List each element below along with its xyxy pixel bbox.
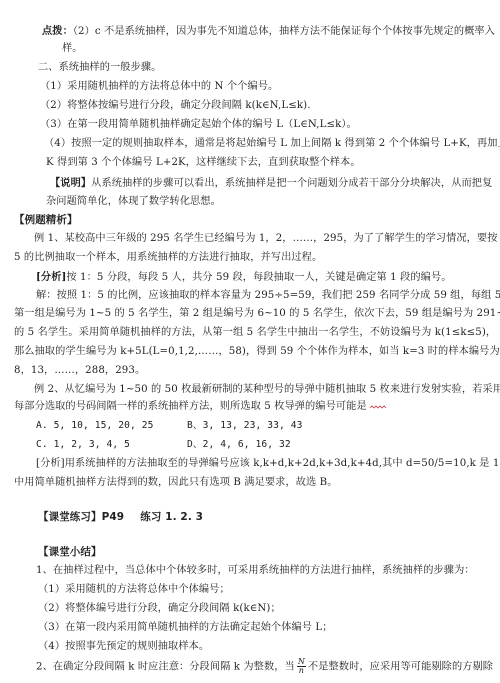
summary-header: 【课堂小结】: [38, 545, 102, 559]
ex1-solution-2: 第一组是编号为 1~5 的 5 名学生，第 2 组是编号为 6~10 的 5 名…: [14, 307, 500, 321]
practice-label: 【课堂练习】: [38, 511, 102, 523]
option-d: D、2, 4, 6, 16, 32: [187, 438, 291, 452]
note-label: 【说明】: [50, 177, 91, 189]
examples-header: 【例题精析】: [14, 213, 78, 227]
ex2-line-1: 例 2、从忆编号为 1~50 的 50 枚最新研制的某种型号的导弹中随机抽取 5…: [34, 383, 500, 397]
ex2-line-2: 每部分选取的号码间隔一样的系统抽样方法，则所选取 5 枚导弹的编号可能是: [14, 400, 367, 414]
step-4-line-2: K 得到第 3 个个体编号 L+2K，这样继续下去，直到获取整个样本。: [46, 156, 361, 170]
tip-label: 点拨：: [42, 25, 73, 37]
ex1-line-1: 例 1、某校高中三年级的 295 名学生已经编号为 1，2，……，295，为了了…: [34, 232, 500, 246]
option-a: A. 5, 10, 15, 20, 25: [36, 419, 154, 433]
note-line-2: 杂问题简单化，体现了数学转化思想。: [46, 195, 221, 209]
step-1: （1）采用随机抽样的方法将总体中的 N 个个编号。: [40, 80, 278, 94]
ex2-analysis-2: 中用简单随机抽样方法得到的数，因此只有选项 B 满足要求，故选 B。: [14, 476, 338, 490]
ex1-solution-1: 解：按照 1：5 的比例，应该抽取的样本容量为 295÷5=59，我们把 259…: [36, 289, 500, 303]
analysis-label: [分析]: [36, 271, 66, 283]
summary-step-4: （4）按照事先预定的规则抽取样本。: [38, 640, 209, 654]
spellcheck-squiggle-icon: [370, 405, 386, 409]
step-3: （3）在第一段用简单随机抽样确定起始个体的编号 L（L∈N,L≤k）。: [40, 118, 357, 132]
tip-line-1: 点拨：（2）c 不是系统抽样，因为事先不知道总体，抽样方法不能保证每个个体按事先…: [42, 24, 495, 39]
option-c: C. 1, 2, 3, 4, 5: [36, 438, 130, 452]
option-b: B、3, 13, 23, 33, 43: [187, 419, 302, 433]
fraction-n-over-n: Nn: [297, 658, 306, 675]
practice-exercise: 练习 1. 2. 3: [140, 511, 203, 523]
step-4-line-1: （4）按照一定的规则抽取样本，通常是将起始编号 L 加上间隔 k 得到第 2 个…: [44, 137, 500, 151]
summary-point-1: 1、在抽样过程中，当总体中个体较多时，可采用系统抽样的方法进行抽样，系统抽样的步…: [36, 564, 475, 578]
summary-step-3: （3）在第一段内采用简单随机抽样的方法确定起始个体编号 L；: [38, 621, 333, 635]
ex1-line-2: 5 的比例抽取一个样本，用系统抽样的方法进行抽取，并写出过程。: [14, 251, 322, 265]
practice-page: P49: [102, 511, 125, 523]
note-line-1: 【说明】从系统抽样的步骤可以看出，系统抽样是把一个问题划分成若干部分分块解决，从…: [50, 176, 492, 191]
practice-line: 【课堂练习】P49练习 1. 2. 3: [38, 510, 203, 524]
ex1-solution-4: 那么抽取的学生编号为 k+5L(L=0,1,2,……，58)，得到 59 个个体…: [14, 345, 500, 359]
summary-step-2: （2）将整体编号进行分段，确定分段间隔 k(k∈N)；: [38, 602, 281, 616]
tip-line-2: 样。: [62, 42, 83, 56]
ex1-solution-3: 的 5 名学生。采用简单随机抽样的方法，从第一组 5 名学生中抽出一名学生，不妨…: [14, 326, 496, 340]
ex2-analysis-1: [分析]用系统抽样的方法抽取至的导弹编号应该 k,k+d,k+2d,k+3d,k…: [36, 457, 500, 471]
summary-point-2: 2、在确定分段间隔 k 时应注意：分段间隔 k 为整数，当Nn不是整数时，应采用…: [36, 658, 493, 675]
ex1-analysis: [分析]按 1：5 分段，每段 5 人，共分 59 段，每段抽取一人，关键是确定…: [36, 270, 452, 285]
step-2: （2）将整体按编号进行分段，确定分段间隔 k(k∈N,L≤k).: [40, 99, 311, 113]
summary-step-1: （1）采用随机的方法将总体中个体编号；: [38, 583, 230, 597]
section-two-title: 二、系统抽样的一般步骤。: [38, 61, 161, 75]
ex1-solution-5: 8，13，……，288，293。: [14, 364, 145, 378]
